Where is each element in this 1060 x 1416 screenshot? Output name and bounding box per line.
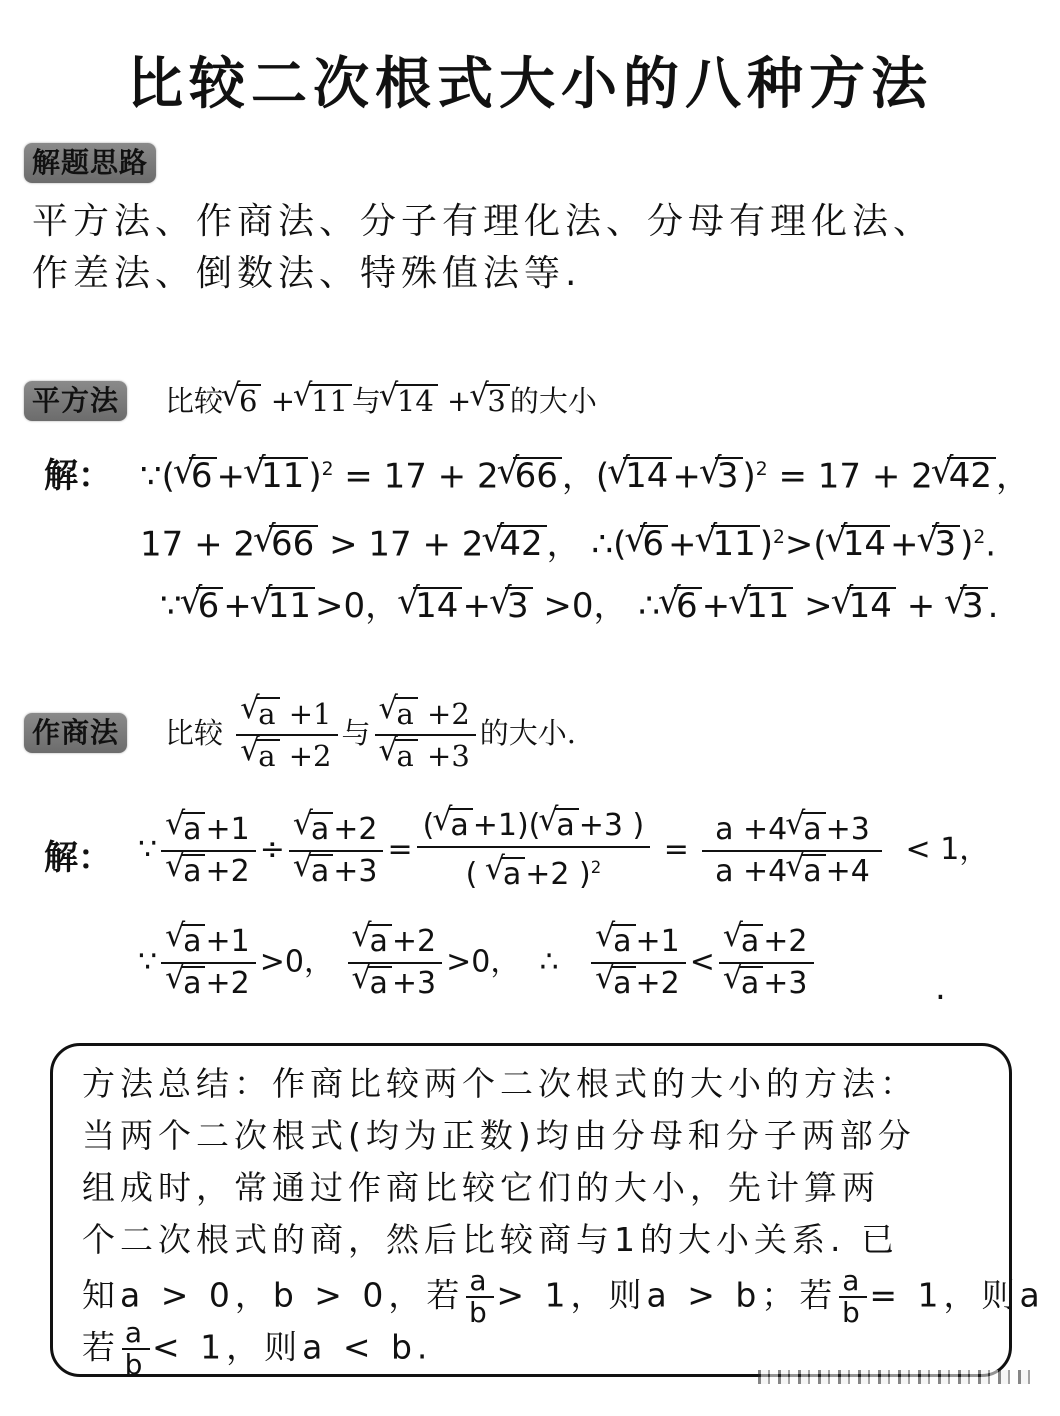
math-text: + bbox=[896, 586, 946, 626]
math-text: +1 bbox=[205, 924, 249, 959]
math-text: +1 bbox=[205, 812, 249, 847]
math-text: ) bbox=[960, 524, 973, 564]
math-text: +4 bbox=[826, 854, 870, 889]
radical: 14 bbox=[413, 587, 462, 625]
radical: a bbox=[256, 697, 279, 729]
math-text: +1 bbox=[289, 697, 332, 731]
numerator: a bbox=[469, 1266, 491, 1296]
math-text: +2 bbox=[205, 966, 249, 1001]
math-text: +2 bbox=[763, 924, 807, 959]
math-text: < 1， bbox=[906, 832, 990, 867]
radical: 6 bbox=[189, 457, 217, 495]
radical: 14 bbox=[623, 457, 672, 495]
quotient-solution-line-1: ∵ a+1 a+2 ÷ a+2 a+3 = (a+1)(a+3 ) ( a+2 … bbox=[138, 806, 989, 895]
radical: a bbox=[801, 854, 825, 888]
math-text: . bbox=[985, 524, 996, 564]
radical: a bbox=[448, 808, 472, 842]
math-text: = bbox=[387, 832, 412, 867]
fraction: a+1 a+2 bbox=[161, 810, 256, 892]
radical: 6 bbox=[237, 384, 261, 416]
math-text: +2 ) bbox=[525, 857, 590, 892]
math-text: . bbox=[988, 586, 999, 626]
methods-line-1: 平方法、作商法、分子有理化法、分母有理化法、 bbox=[32, 196, 1042, 248]
fraction: ab bbox=[122, 1318, 150, 1380]
math-text: a +4 bbox=[715, 854, 787, 889]
math-text: < bbox=[690, 945, 715, 980]
methods-line-2: 作差法、倒数法、特殊值法等. bbox=[32, 248, 1042, 300]
math-text: >0， bbox=[260, 945, 334, 980]
math-text: ∵ bbox=[138, 832, 157, 867]
radical: 6 bbox=[196, 587, 224, 625]
radical: a bbox=[181, 966, 205, 1000]
fraction: ab bbox=[466, 1266, 494, 1328]
methods-overview: 平方法、作商法、分子有理化法、分母有理化法、 作差法、倒数法、特殊值法等. bbox=[32, 196, 1042, 300]
math-text: ∴ bbox=[539, 945, 558, 980]
solution-label: 解： bbox=[44, 830, 112, 879]
exponent: 2 bbox=[756, 459, 768, 480]
radical: 42 bbox=[947, 457, 996, 495]
radical: a bbox=[368, 924, 392, 958]
denominator: b bbox=[842, 1298, 865, 1328]
fraction: a+2 a+3 bbox=[348, 922, 443, 1004]
math-text: +3 bbox=[392, 966, 436, 1001]
math-text: ∵ bbox=[160, 586, 182, 626]
radical: a bbox=[181, 812, 205, 846]
radical: a bbox=[181, 924, 205, 958]
summary-line-2: 当两个二次根式(均为正数)均由分母和分子两部分 bbox=[82, 1110, 1012, 1162]
radical: 11 bbox=[309, 384, 352, 416]
radical: 11 bbox=[711, 525, 760, 563]
exponent: 2 bbox=[322, 459, 334, 480]
radical: a bbox=[554, 808, 578, 842]
math-text: + bbox=[890, 524, 919, 564]
square-solution-line-1: ∵(6+11)2 = 17 + 266，(14+3)2 = 17 + 242， bbox=[140, 448, 1030, 498]
math-text: ( bbox=[466, 857, 487, 892]
radical: 6 bbox=[640, 525, 668, 563]
fraction: a+1 a+2 bbox=[161, 922, 256, 1004]
math-text: >( bbox=[785, 524, 827, 564]
square-method-problem: 比较6 +11与14 +3的大小 bbox=[165, 381, 597, 421]
summary-text-part: > 1，则a > b；若 bbox=[496, 1276, 837, 1315]
math-text: ) bbox=[760, 524, 773, 564]
period: . bbox=[935, 966, 946, 1010]
summary-text-part: = 1，则a = b； bbox=[869, 1276, 1060, 1315]
math-text: > 17 + 2 bbox=[318, 524, 483, 564]
radical: a bbox=[739, 966, 763, 1000]
math-text: + bbox=[702, 586, 731, 626]
summary-line-1: 方法总结：作商比较两个二次根式的大小的方法： bbox=[82, 1058, 1012, 1110]
math-text: >0， bbox=[315, 586, 399, 626]
watermark-artifact bbox=[758, 1370, 1038, 1384]
plus: + bbox=[271, 384, 295, 418]
radical: a bbox=[611, 966, 635, 1000]
radical: a bbox=[181, 854, 205, 888]
radical: 14 bbox=[395, 384, 438, 416]
conjunction: 与 bbox=[342, 716, 371, 750]
radical: 3 bbox=[960, 587, 988, 625]
summary-text-part: < 1，则a < b. bbox=[152, 1328, 432, 1367]
exponent: 2 bbox=[973, 527, 985, 548]
radical: 42 bbox=[497, 525, 546, 563]
math-text: ， ∴( bbox=[547, 524, 627, 564]
quotient-method-problem: 比较 a +1 a +2 与 a +2 a +3 的大小. bbox=[165, 694, 576, 776]
radical: a bbox=[395, 739, 418, 771]
badge-quotient-method: 作商法 bbox=[24, 713, 127, 753]
math-text: +3 bbox=[763, 966, 807, 1001]
radical: 11 bbox=[266, 587, 315, 625]
math-text: ∵ bbox=[138, 945, 157, 980]
problem-suffix: 的大小. bbox=[480, 716, 576, 750]
math-text: 17 + 2 bbox=[140, 524, 255, 564]
summary-line-4: 个二次根式的商，然后比较商与1的大小关系. 已 bbox=[82, 1214, 1012, 1266]
radical: a bbox=[501, 857, 525, 891]
radical: a bbox=[801, 812, 825, 846]
math-text: ∵( bbox=[140, 456, 175, 496]
math-text: +3 ) bbox=[579, 808, 644, 843]
math-text: +2 bbox=[333, 812, 377, 847]
math-text: +3 bbox=[826, 812, 870, 847]
math-text: +2 bbox=[427, 697, 470, 731]
summary-line-3: 组成时，常通过作商比较它们的大小，先计算两 bbox=[82, 1162, 1012, 1214]
radical: a bbox=[611, 924, 635, 958]
math-text: +2 bbox=[392, 924, 436, 959]
summary-line-6: 若ab< 1，则a < b. bbox=[82, 1318, 1012, 1370]
numerator: a bbox=[842, 1266, 864, 1296]
math-text: + bbox=[668, 524, 697, 564]
fraction: ab bbox=[839, 1266, 867, 1328]
math-text: ， bbox=[996, 456, 1030, 496]
radical: 3 bbox=[715, 457, 743, 495]
math-text: +3 bbox=[333, 854, 377, 889]
radical: 14 bbox=[847, 587, 896, 625]
math-text: ，( bbox=[562, 456, 609, 496]
exponent: 2 bbox=[591, 858, 602, 877]
radical: 11 bbox=[259, 457, 308, 495]
math-text: ÷ bbox=[260, 832, 285, 867]
math-text: >0， ∴ bbox=[533, 586, 660, 626]
fraction: a+2 a+3 bbox=[719, 922, 814, 1004]
fraction: a+2 a+3 bbox=[289, 810, 384, 892]
quotient-solution-line-2: ∵ a+1 a+2 >0， a+2 a+3 >0， ∴ a+1 a+2 < a+… bbox=[138, 922, 818, 1004]
math-text: ) bbox=[743, 456, 756, 496]
math-text: + bbox=[672, 456, 701, 496]
badge-square-method: 平方法 bbox=[24, 381, 127, 421]
math-text: +1 bbox=[636, 924, 680, 959]
radical: 3 bbox=[505, 587, 533, 625]
math-text: +2 bbox=[205, 854, 249, 889]
solution-label: 解： bbox=[44, 448, 112, 497]
radical: a bbox=[739, 924, 763, 958]
summary-text: 方法总结：作商比较两个二次根式的大小的方法： 当两个二次根式(均为正数)均由分母… bbox=[82, 1058, 1012, 1370]
math-text: ) bbox=[308, 456, 321, 496]
radical: 3 bbox=[932, 525, 960, 563]
denominator: b bbox=[125, 1350, 148, 1380]
conjunction: 与 bbox=[352, 384, 381, 418]
radical: a bbox=[368, 966, 392, 1000]
badge-solution-approach: 解题思路 bbox=[24, 143, 156, 183]
math-text: +2 bbox=[636, 966, 680, 1001]
math-text: a +4 bbox=[715, 812, 787, 847]
math-text: + bbox=[217, 456, 246, 496]
math-text: + bbox=[223, 586, 252, 626]
problem-prefix: 比较 bbox=[165, 384, 223, 418]
math-text: + bbox=[462, 586, 491, 626]
fraction: (a+1)(a+3 ) ( a+2 )2 bbox=[417, 806, 651, 895]
math-text: = bbox=[664, 832, 689, 867]
math-text: = 17 + 2 bbox=[768, 456, 933, 496]
radical: 6 bbox=[674, 587, 702, 625]
square-solution-line-2: 17 + 266 > 17 + 242， ∴(6+11)2>(14+3)2. bbox=[140, 516, 996, 566]
numerator: a bbox=[125, 1318, 147, 1348]
radical: 3 bbox=[485, 384, 509, 416]
radical: a bbox=[395, 697, 418, 729]
summary-text-part: 知a > 0，b > 0，若 bbox=[82, 1276, 464, 1315]
denominator: b bbox=[469, 1298, 492, 1328]
math-text: +2 bbox=[289, 739, 332, 773]
radical: 14 bbox=[841, 525, 890, 563]
math-text: +1)( bbox=[473, 808, 541, 843]
problem-suffix: 的大小 bbox=[510, 384, 597, 418]
fraction: a +4a+3 a +4a+4 bbox=[702, 810, 882, 892]
radical: a bbox=[256, 739, 279, 771]
square-solution-line-3: ∵6+11>0，14+3 >0， ∴6+11 >14 + 3. bbox=[160, 584, 998, 628]
radical: a bbox=[309, 854, 333, 888]
math-text: +3 bbox=[427, 739, 470, 773]
radical: 66 bbox=[269, 525, 318, 563]
math-text: >0， bbox=[446, 945, 520, 980]
radical: a bbox=[309, 812, 333, 846]
summary-text-part: 若 bbox=[82, 1328, 120, 1367]
fraction: a +2 a +3 bbox=[375, 694, 476, 776]
math-text: = 17 + 2 bbox=[333, 456, 498, 496]
plus: + bbox=[447, 384, 471, 418]
fraction: a+1 a+2 bbox=[591, 922, 686, 1004]
summary-line-5: 知a > 0，b > 0，若ab> 1，则a > b；若ab= 1，则a = b… bbox=[82, 1266, 1012, 1318]
fraction: a +1 a +2 bbox=[236, 694, 337, 776]
page-title: 比较二次根式大小的八种方法 bbox=[0, 48, 1060, 120]
exponent: 2 bbox=[773, 527, 785, 548]
math-text: > bbox=[793, 586, 832, 626]
problem-prefix: 比较 bbox=[165, 716, 223, 750]
radical: 66 bbox=[513, 457, 562, 495]
radical: 11 bbox=[744, 587, 793, 625]
